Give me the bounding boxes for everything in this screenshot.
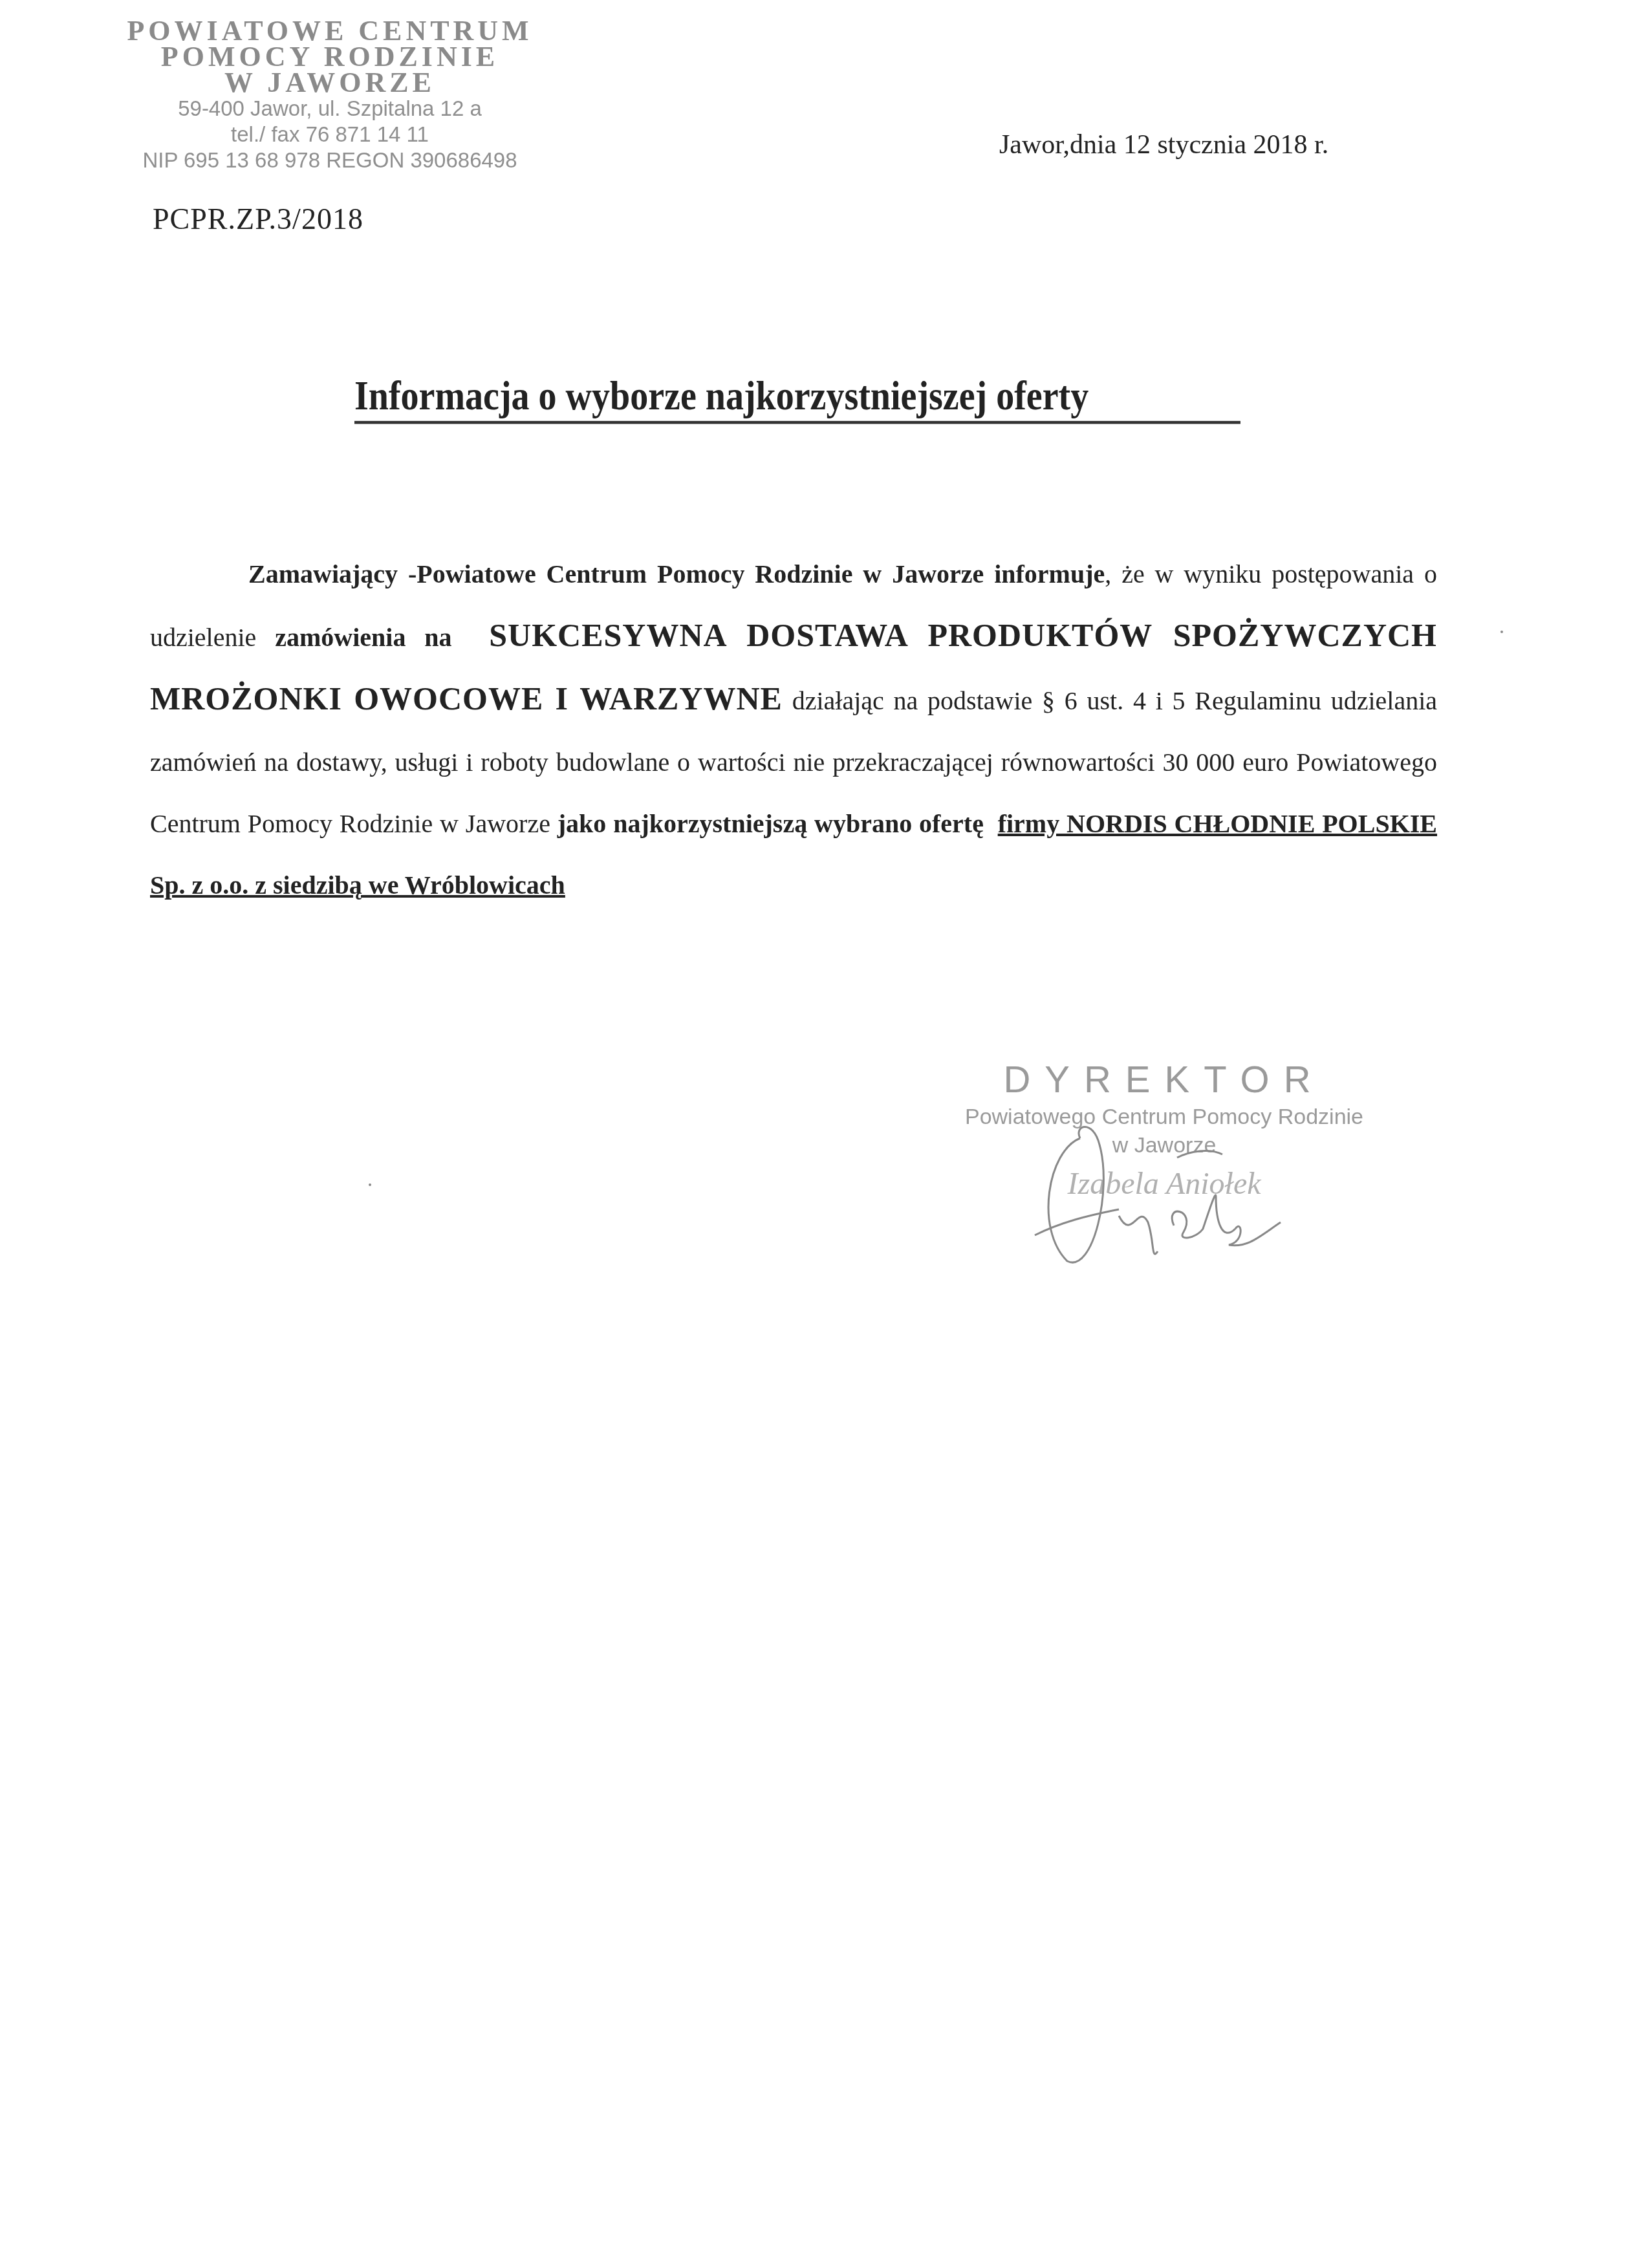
document-body: Zamawiający -Powiatowe Centrum Pomocy Ro… [150,543,1437,916]
scan-speck [369,1183,371,1186]
reference-number: PCPR.ZP.3/2018 [153,202,363,236]
scan-speck [1500,631,1503,633]
stamp-line-2: POMOCY RODZINIE [123,44,537,70]
stamp-address: 59-400 Jawor, ul. Szpitalna 12 a [123,96,537,122]
body-intro: Zamawiający -Powiatowe Centrum Pomocy Ro… [248,559,1105,589]
stamp-line-3: W JAWORZE [123,70,537,96]
signature-role: DYREKTOR [931,1057,1397,1103]
stamp-phone: tel./ fax 76 871 14 11 [123,122,537,147]
paragraph-main: Zamawiający -Powiatowe Centrum Pomocy Ro… [150,543,1437,916]
handwritten-signature-icon [1022,1112,1294,1280]
stamp-line-1: POWIATOWE CENTRUM [123,18,537,44]
body-selection: jako najkorzystniejszą wybrano ofertę [558,809,984,838]
document-title: Informacja o wyborze najkorzystniejszej … [354,372,1240,424]
document-date: Jawor,dnia 12 stycznia 2018 r. [999,129,1328,160]
body-order: zamówienia na [275,623,451,652]
institution-stamp: POWIATOWE CENTRUM POMOCY RODZINIE W JAWO… [123,18,537,173]
stamp-ids: NIP 695 13 68 978 REGON 390686498 [123,147,537,173]
